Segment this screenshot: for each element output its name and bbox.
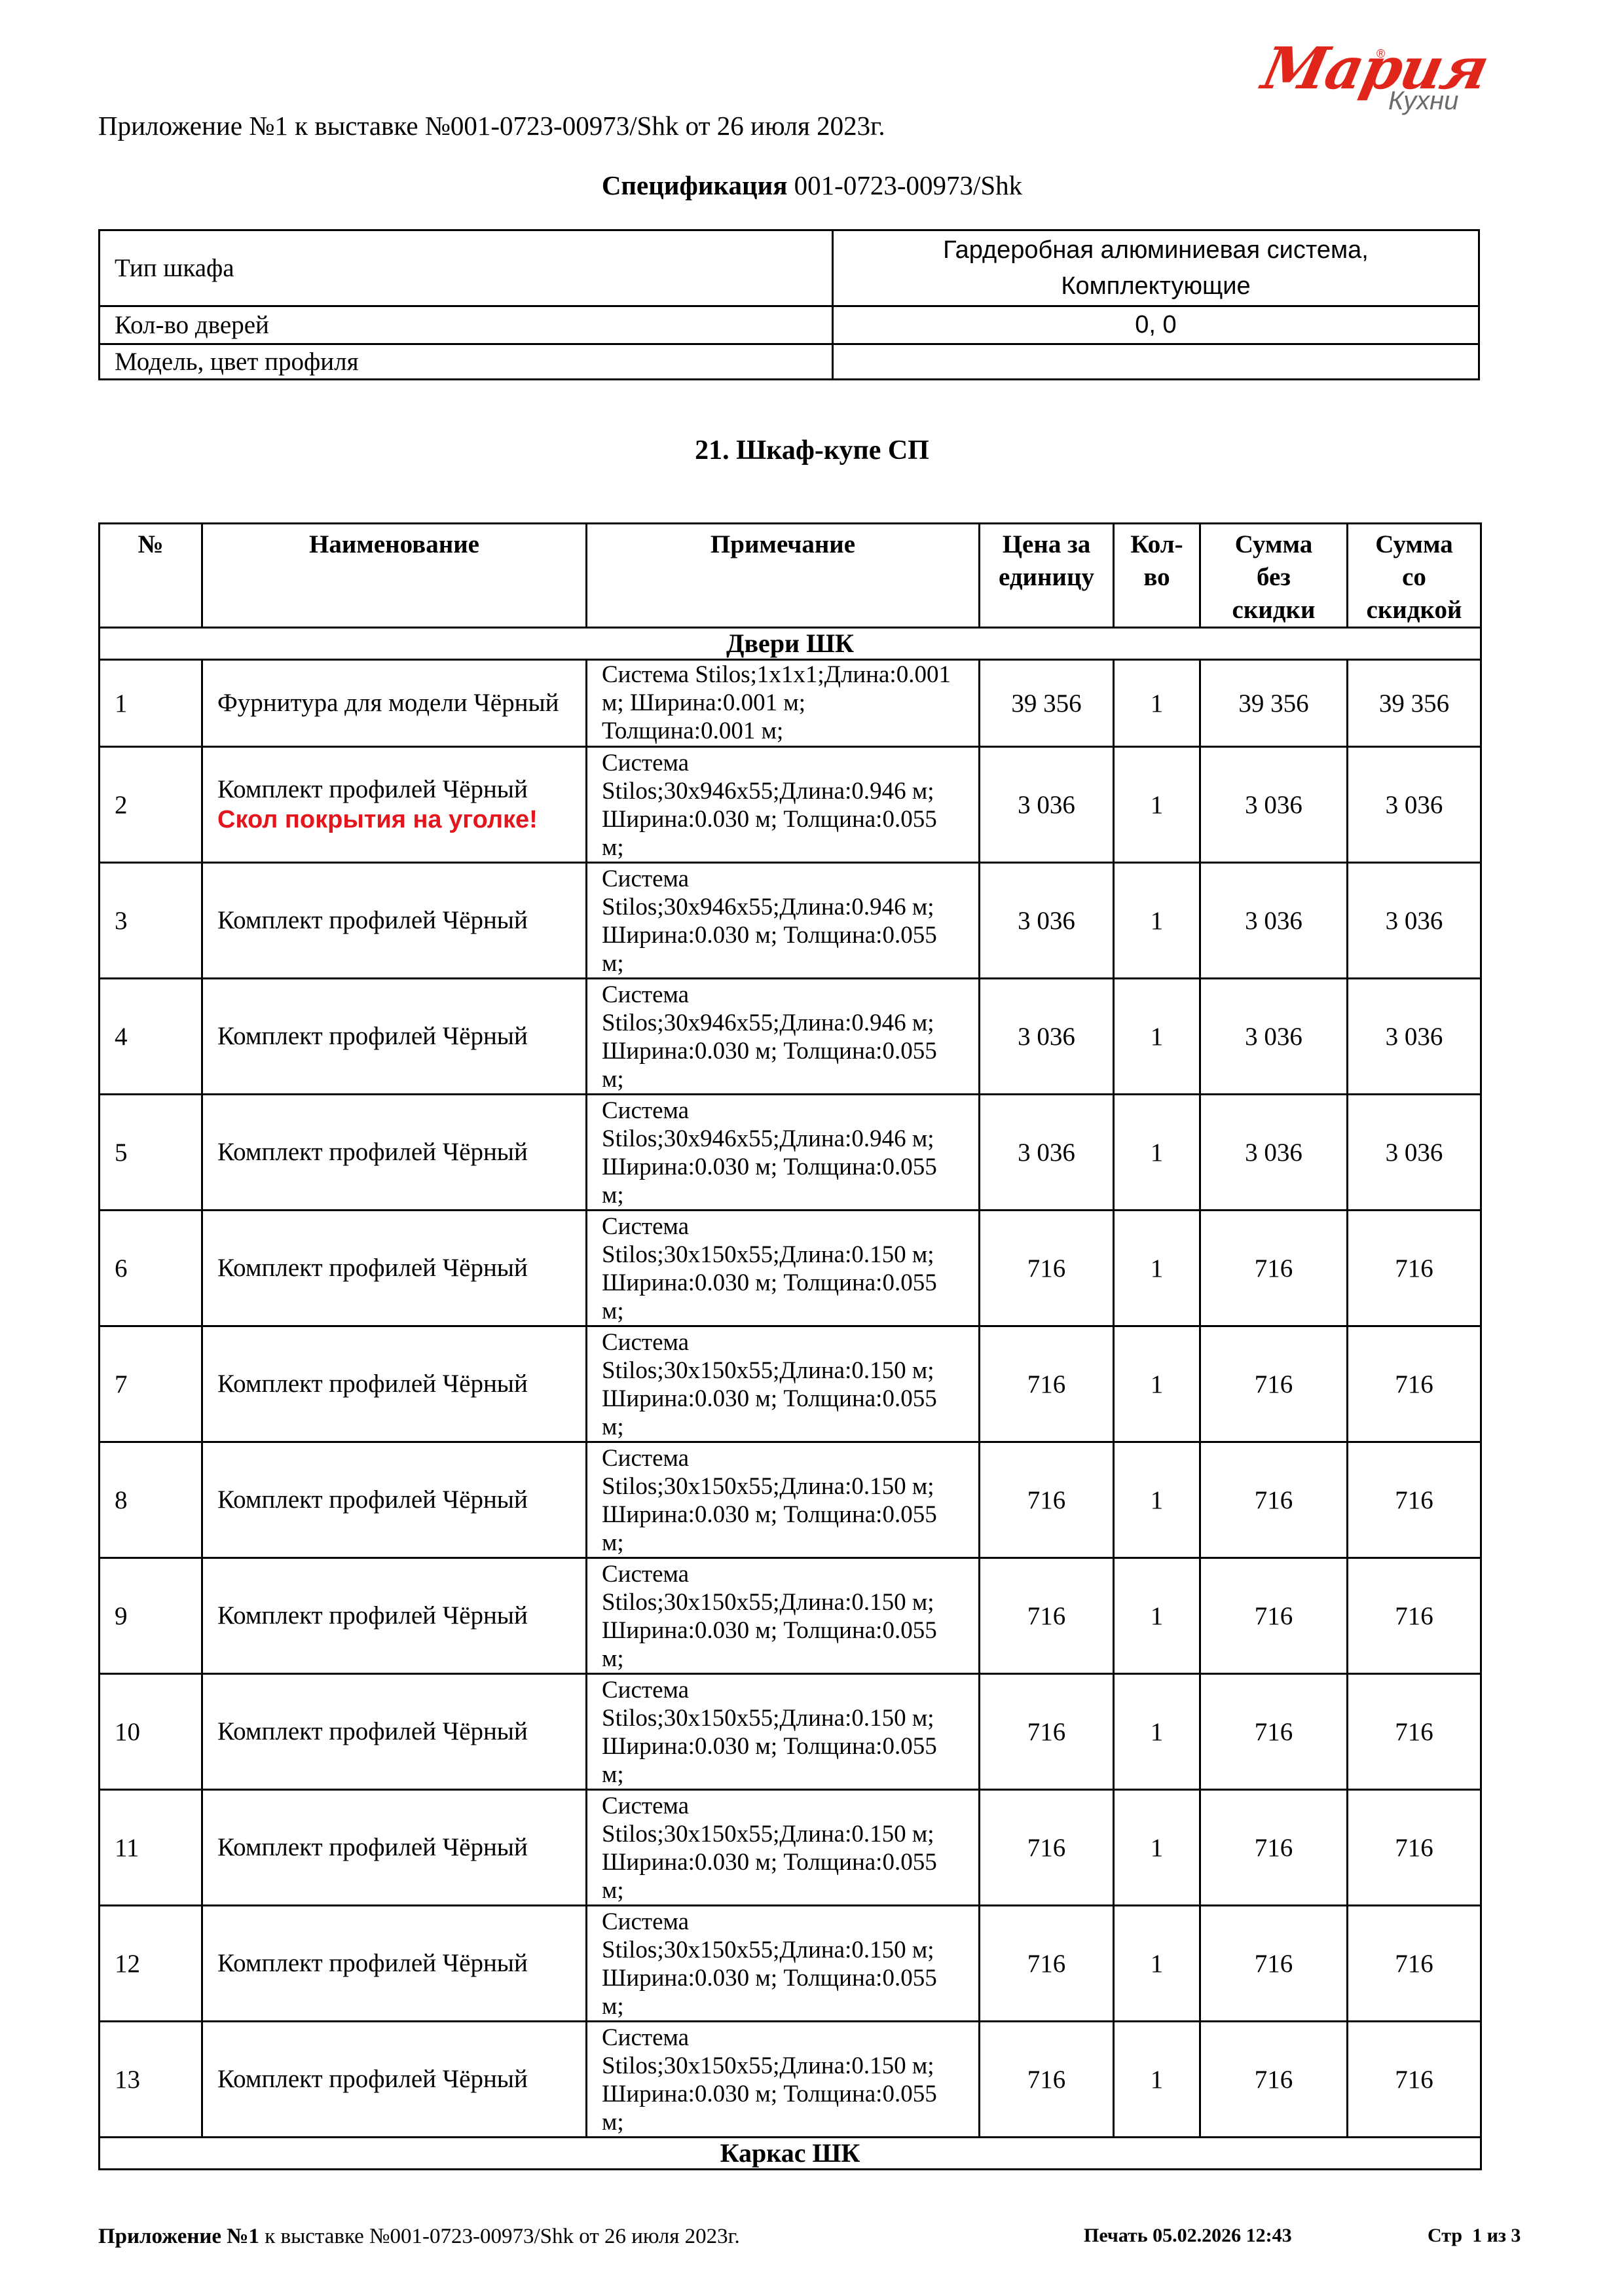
cell-sum-discount: 716	[1348, 1326, 1481, 1442]
col-header-num: №	[100, 524, 202, 628]
cell-qty: 1	[1114, 1906, 1200, 2022]
cell-sum: 716	[1200, 1674, 1348, 1790]
cell-price: 716	[980, 1211, 1114, 1326]
info-row-type: Тип шкафа Гардеробная алюминиевая систем…	[100, 230, 1479, 306]
table-row: 13Комплект профилей ЧёрныйСистемаStilos;…	[100, 2022, 1481, 2138]
cell-num: 2	[100, 747, 202, 863]
cell-sum-discount: 716	[1348, 2022, 1481, 2138]
note-line: Ширина:0.030 м; Толщина:0.055	[602, 1616, 978, 1645]
item-name: Комплект профилей Чёрный	[217, 1949, 528, 1977]
cell-price: 3 036	[980, 979, 1114, 1095]
cell-num: 7	[100, 1326, 202, 1442]
note-line: Stilos;30x150x55;Длина:0.150 м;	[602, 1241, 978, 1269]
document-title: Приложение №1 к выставке №001-0723-00973…	[98, 110, 885, 141]
cell-qty: 1	[1114, 1095, 1200, 1211]
note-line: Stilos;30x150x55;Длина:0.150 м;	[602, 1472, 978, 1501]
info-label: Кол-во дверей	[100, 306, 833, 344]
cell-sum-discount: 716	[1348, 1906, 1481, 2022]
group-row-doors: Двери ШК	[100, 628, 1481, 660]
item-name: Комплект профилей Чёрный	[217, 775, 528, 803]
cell-price: 3 036	[980, 747, 1114, 863]
spec-label: Спецификация	[602, 170, 788, 200]
cell-num: 3	[100, 863, 202, 979]
note-line: Stilos;30x946x55;Длина:0.946 м;	[602, 893, 978, 921]
col-header-sum: Суммабезскидки	[1200, 524, 1348, 628]
cell-num: 10	[100, 1674, 202, 1790]
cell-price: 716	[980, 1906, 1114, 2022]
note-line: Система	[602, 1328, 978, 1357]
note-line: м;	[602, 1181, 978, 1209]
table-row: 11Комплект профилей ЧёрныйСистемаStilos;…	[100, 1790, 1481, 1906]
cell-name: Комплект профилей Чёрный	[202, 1674, 587, 1790]
cell-note: СистемаStilos;30x150x55;Длина:0.150 м;Ши…	[587, 1326, 980, 1442]
cell-note: СистемаStilos;30x150x55;Длина:0.150 м;Ши…	[587, 1674, 980, 1790]
note-line: Система	[602, 1097, 978, 1125]
note-line: Stilos;30x150x55;Длина:0.150 м;	[602, 1704, 978, 1732]
cell-note: СистемаStilos;30x946x55;Длина:0.946 м;Ши…	[587, 979, 980, 1095]
table-row: 6Комплект профилей ЧёрныйСистемаStilos;3…	[100, 1211, 1481, 1326]
note-line: м;	[602, 1065, 978, 1093]
cell-note: СистемаStilos;30x150x55;Длина:0.150 м;Ши…	[587, 1442, 980, 1558]
note-line: Stilos;30x150x55;Длина:0.150 м;	[602, 1357, 978, 1385]
cell-sum: 716	[1200, 1906, 1348, 2022]
cell-price: 716	[980, 1442, 1114, 1558]
cell-num: 13	[100, 2022, 202, 2138]
cell-qty: 1	[1114, 1558, 1200, 1674]
note-line: м;	[602, 2108, 978, 2136]
spec-number: 001-0723-00973/Shk	[794, 170, 1023, 200]
cell-note: СистемаStilos;30x150x55;Длина:0.150 м;Ши…	[587, 1558, 980, 1674]
cell-qty: 1	[1114, 1211, 1200, 1326]
logo-subtitle: Кухни	[1388, 86, 1458, 116]
col-header-name: Наименование	[202, 524, 587, 628]
note-line: Система	[602, 749, 978, 777]
cell-sum-discount: 716	[1348, 1790, 1481, 1906]
note-line: Система	[602, 865, 978, 893]
cell-price: 3 036	[980, 1095, 1114, 1211]
item-name: Фурнитура для модели Чёрный	[217, 689, 559, 717]
cell-name: Комплект профилей Чёрный	[202, 979, 587, 1095]
footer-doc-prefix: Приложение №1	[98, 2225, 259, 2248]
info-value: 0, 0	[833, 306, 1479, 344]
cell-qty: 1	[1114, 1326, 1200, 1442]
cell-sum: 3 036	[1200, 863, 1348, 979]
info-row-model: Модель, цвет профиля	[100, 344, 1479, 380]
item-name: Комплект профилей Чёрный	[217, 1370, 528, 1398]
group-row-frame: Каркас ШК	[100, 2138, 1481, 2170]
col-header-qty: Кол-во	[1114, 524, 1200, 628]
cell-qty: 1	[1114, 1674, 1200, 1790]
cell-sum: 3 036	[1200, 979, 1348, 1095]
note-line: Stilos;30x946x55;Длина:0.946 м;	[602, 777, 978, 805]
group-title: Двери ШК	[100, 628, 1481, 660]
cell-name: Комплект профилей Чёрный	[202, 1326, 587, 1442]
cell-num: 9	[100, 1558, 202, 1674]
cell-num: 12	[100, 1906, 202, 2022]
cell-qty: 1	[1114, 747, 1200, 863]
item-name: Комплект профилей Чёрный	[217, 1833, 528, 1861]
table-row: 10Комплект профилей ЧёрныйСистемаStilos;…	[100, 1674, 1481, 1790]
footer-page-number: Стр 1 из 3	[1428, 2225, 1521, 2247]
item-name: Комплект профилей Чёрный	[217, 1138, 528, 1166]
cell-qty: 1	[1114, 979, 1200, 1095]
defect-remark: Скол покрытия на уголке!	[217, 805, 585, 835]
info-value-line: Гардеробная алюминиевая система,	[834, 232, 1478, 268]
table-row: 3Комплект профилей ЧёрныйСистемаStilos;3…	[100, 863, 1481, 979]
registered-mark-icon: ®	[1376, 47, 1385, 61]
table-row: 1Фурнитура для модели ЧёрныйСистема Stil…	[100, 660, 1481, 747]
cell-sum: 39 356	[1200, 660, 1348, 747]
cabinet-info-table: Тип шкафа Гардеробная алюминиевая систем…	[98, 229, 1480, 380]
note-line: м;	[602, 949, 978, 977]
cell-sum: 716	[1200, 1326, 1348, 1442]
info-value: Гардеробная алюминиевая система, Комплек…	[833, 230, 1479, 306]
note-line: Система	[602, 1908, 978, 1936]
cell-sum-discount: 716	[1348, 1558, 1481, 1674]
table-header-row: № Наименование Примечание Цена заединицу…	[100, 524, 1481, 628]
cell-qty: 1	[1114, 2022, 1200, 2138]
cell-name: Комплект профилей ЧёрныйСкол покрытия на…	[202, 747, 587, 863]
info-label: Тип шкафа	[100, 230, 833, 306]
table-row: 7Комплект профилей ЧёрныйСистемаStilos;3…	[100, 1326, 1481, 1442]
cell-note: СистемаStilos;30x150x55;Длина:0.150 м;Ши…	[587, 2022, 980, 2138]
cell-price: 39 356	[980, 660, 1114, 747]
group-title: Каркас ШК	[100, 2138, 1481, 2170]
cell-name: Комплект профилей Чёрный	[202, 1906, 587, 2022]
note-line: Система	[602, 1792, 978, 1820]
note-line: м;	[602, 1992, 978, 2020]
cell-sum-discount: 3 036	[1348, 1095, 1481, 1211]
company-logo: Мария ® Кухни	[1264, 39, 1526, 111]
cell-name: Комплект профилей Чёрный	[202, 1095, 587, 1211]
cell-sum: 716	[1200, 2022, 1348, 2138]
note-line: Ширина:0.030 м; Толщина:0.055	[602, 921, 978, 949]
cell-sum: 3 036	[1200, 1095, 1348, 1211]
note-line: Stilos;30x946x55;Длина:0.946 м;	[602, 1009, 978, 1037]
note-line: Толщина:0.001 м;	[602, 717, 978, 745]
item-name: Комплект профилей Чёрный	[217, 2065, 528, 2093]
page-label: Стр	[1428, 2225, 1462, 2246]
note-line: Система	[602, 1676, 978, 1704]
cell-name: Комплект профилей Чёрный	[202, 1790, 587, 1906]
cell-sum-discount: 3 036	[1348, 747, 1481, 863]
cell-sum-discount: 3 036	[1348, 979, 1481, 1095]
note-line: Ширина:0.030 м; Толщина:0.055	[602, 1964, 978, 1992]
cell-note: СистемаStilos;30x946x55;Длина:0.946 м;Ши…	[587, 747, 980, 863]
info-label: Модель, цвет профиля	[100, 344, 833, 380]
col-header-price: Цена заединицу	[980, 524, 1114, 628]
note-line: Ширина:0.030 м; Толщина:0.055	[602, 1153, 978, 1181]
cell-sum: 716	[1200, 1790, 1348, 1906]
item-name: Комплект профилей Чёрный	[217, 1485, 528, 1514]
note-line: Система	[602, 1444, 978, 1472]
table-row: 5Комплект профилей ЧёрныйСистемаStilos;3…	[100, 1095, 1481, 1211]
cell-sum: 3 036	[1200, 747, 1348, 863]
cell-qty: 1	[1114, 660, 1200, 747]
specification-heading: Спецификация 001-0723-00973/Shk	[0, 170, 1624, 201]
cell-num: 11	[100, 1790, 202, 1906]
cell-qty: 1	[1114, 863, 1200, 979]
note-line: м;	[602, 1876, 978, 1904]
note-line: м;	[602, 833, 978, 862]
note-line: Ширина:0.030 м; Толщина:0.055	[602, 1385, 978, 1413]
footer-document-ref: Приложение №1 к выставке №001-0723-00973…	[98, 2225, 740, 2249]
note-line: Система Stilos;1x1x1;Длина:0.001	[602, 661, 978, 689]
footer-print-timestamp: Печать 05.02.2026 12:43	[1084, 2225, 1292, 2247]
cell-name: Комплект профилей Чёрный	[202, 863, 587, 979]
cell-price: 3 036	[980, 863, 1114, 979]
cell-name: Комплект профилей Чёрный	[202, 1442, 587, 1558]
cell-sum: 716	[1200, 1558, 1348, 1674]
note-line: Stilos;30x946x55;Длина:0.946 м;	[602, 1125, 978, 1153]
cell-name: Комплект профилей Чёрный	[202, 2022, 587, 2138]
cell-price: 716	[980, 1558, 1114, 1674]
table-row: 4Комплект профилей ЧёрныйСистемаStilos;3…	[100, 979, 1481, 1095]
cell-num: 1	[100, 660, 202, 747]
note-line: Ширина:0.030 м; Толщина:0.055	[602, 1732, 978, 1760]
cell-qty: 1	[1114, 1790, 1200, 1906]
info-row-doors: Кол-во дверей 0, 0	[100, 306, 1479, 344]
note-line: м;	[602, 1760, 978, 1789]
note-line: Ширина:0.030 м; Толщина:0.055	[602, 1848, 978, 1876]
note-line: Система	[602, 1212, 978, 1241]
note-line: Ширина:0.030 м; Толщина:0.055	[602, 805, 978, 833]
cell-note: СистемаStilos;30x150x55;Длина:0.150 м;Ши…	[587, 1790, 980, 1906]
cell-sum-discount: 3 036	[1348, 863, 1481, 979]
cell-num: 6	[100, 1211, 202, 1326]
table-row: 9Комплект профилей ЧёрныйСистемаStilos;3…	[100, 1558, 1481, 1674]
cell-price: 716	[980, 2022, 1114, 2138]
note-line: Stilos;30x150x55;Длина:0.150 м;	[602, 1820, 978, 1848]
note-line: Stilos;30x150x55;Длина:0.150 м;	[602, 1936, 978, 1964]
cell-note: СистемаStilos;30x946x55;Длина:0.946 м;Ши…	[587, 863, 980, 979]
note-line: м;	[602, 1529, 978, 1557]
cell-sum-discount: 716	[1348, 1211, 1481, 1326]
note-line: Stilos;30x150x55;Длина:0.150 м;	[602, 1588, 978, 1616]
note-line: Ширина:0.030 м; Толщина:0.055	[602, 2080, 978, 2108]
item-name: Комплект профилей Чёрный	[217, 1022, 528, 1050]
note-line: м;	[602, 1297, 978, 1325]
note-line: Ширина:0.030 м; Толщина:0.055	[602, 1269, 978, 1297]
cell-note: Система Stilos;1x1x1;Длина:0.001м; Ширин…	[587, 660, 980, 747]
col-header-sum-discount: Суммасоскидкой	[1348, 524, 1481, 628]
note-line: Ширина:0.030 м; Толщина:0.055	[602, 1501, 978, 1529]
cell-price: 716	[980, 1674, 1114, 1790]
cell-name: Комплект профилей Чёрный	[202, 1558, 587, 1674]
table-row: 8Комплект профилей ЧёрныйСистемаStilos;3…	[100, 1442, 1481, 1558]
note-line: Система	[602, 2024, 978, 2052]
note-line: Ширина:0.030 м; Толщина:0.055	[602, 1037, 978, 1065]
note-line: Система	[602, 981, 978, 1009]
page-value: 1 из 3	[1472, 2225, 1521, 2246]
footer-doc-rest: к выставке №001-0723-00973/Shk от 26 июл…	[259, 2225, 740, 2248]
cell-price: 716	[980, 1326, 1114, 1442]
item-name: Комплект профилей Чёрный	[217, 1254, 528, 1282]
cell-num: 4	[100, 979, 202, 1095]
table-row: 12Комплект профилей ЧёрныйСистемаStilos;…	[100, 1906, 1481, 2022]
item-name: Комплект профилей Чёрный	[217, 1601, 528, 1630]
cell-name: Фурнитура для модели Чёрный	[202, 660, 587, 747]
cell-price: 716	[980, 1790, 1114, 1906]
note-line: м;	[602, 1413, 978, 1441]
info-value-line: Комплектующие	[834, 268, 1478, 304]
cell-sum: 716	[1200, 1442, 1348, 1558]
cell-num: 5	[100, 1095, 202, 1211]
col-header-note: Примечание	[587, 524, 980, 628]
info-value	[833, 344, 1479, 380]
item-name: Комплект профилей Чёрный	[217, 1717, 528, 1745]
cell-note: СистемаStilos;30x946x55;Длина:0.946 м;Ши…	[587, 1095, 980, 1211]
note-line: Система	[602, 1560, 978, 1588]
cell-name: Комплект профилей Чёрный	[202, 1211, 587, 1326]
cell-qty: 1	[1114, 1442, 1200, 1558]
note-line: Stilos;30x150x55;Длина:0.150 м;	[602, 2052, 978, 2080]
cell-sum: 716	[1200, 1211, 1348, 1326]
cell-note: СистемаStilos;30x150x55;Длина:0.150 м;Ши…	[587, 1906, 980, 2022]
cell-num: 8	[100, 1442, 202, 1558]
cell-sum-discount: 716	[1348, 1442, 1481, 1558]
note-line: м; Ширина:0.001 м;	[602, 689, 978, 717]
cell-sum-discount: 39 356	[1348, 660, 1481, 747]
cell-note: СистемаStilos;30x150x55;Длина:0.150 м;Ши…	[587, 1211, 980, 1326]
specification-table: № Наименование Примечание Цена заединицу…	[98, 522, 1482, 2170]
item-name: Комплект профилей Чёрный	[217, 906, 528, 934]
table-row: 2Комплект профилей ЧёрныйСкол покрытия н…	[100, 747, 1481, 863]
section-title: 21. Шкаф-купе СП	[0, 435, 1624, 466]
note-line: м;	[602, 1645, 978, 1673]
cell-sum-discount: 716	[1348, 1674, 1481, 1790]
